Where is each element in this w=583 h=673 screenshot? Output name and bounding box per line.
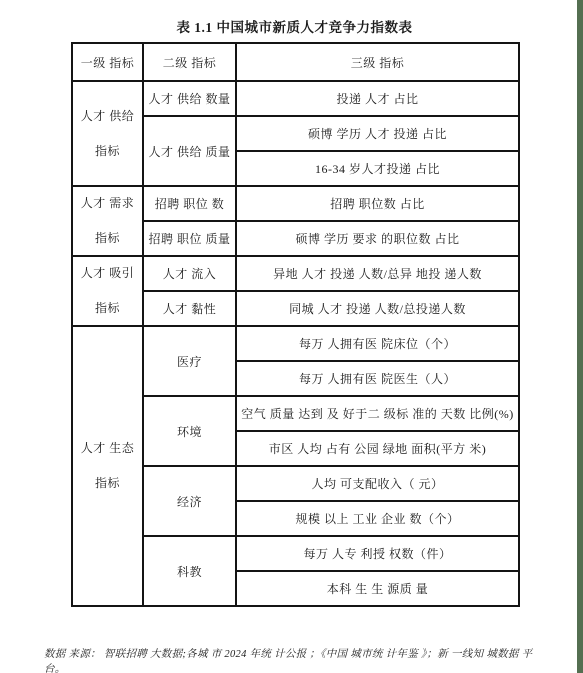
level3-indicator-cell: 规模 以上 工业 企业 数（个） bbox=[236, 501, 519, 536]
level2-indicator-cell: 医疗 bbox=[143, 326, 236, 396]
level3-indicator-cell: 16-34 岁人才投递 占比 bbox=[236, 151, 519, 186]
table-row: 人才 需求指标招聘 职位 数招聘 职位数 占比 bbox=[72, 186, 519, 221]
level3-indicator-cell: 本科 生 生 源质 量 bbox=[236, 571, 519, 606]
right-edge-strip bbox=[577, 0, 583, 673]
level2-indicator-cell: 人才 黏性 bbox=[143, 291, 236, 326]
level3-indicator-cell: 招聘 职位数 占比 bbox=[236, 186, 519, 221]
level2-indicator-cell: 人才 供给 质量 bbox=[143, 116, 236, 186]
level2-indicator-cell: 人才 供给 数量 bbox=[143, 81, 236, 116]
indicator-table: 一级 指标 二级 指标 三级 指标 人才 供给指标人才 供给 数量投递 人才 占… bbox=[71, 42, 520, 607]
level3-indicator-cell: 硕博 学历 要求 的职位数 占比 bbox=[236, 221, 519, 256]
level1-line2: 指标 bbox=[77, 475, 138, 492]
level1-line1: 人才 供给 bbox=[77, 108, 138, 125]
table-header-row: 一级 指标 二级 指标 三级 指标 bbox=[72, 43, 519, 81]
table-row: 人才 吸引指标人才 流入异地 人才 投递 人数/总异 地投 递人数 bbox=[72, 256, 519, 291]
level1-line1: 人才 需求 bbox=[77, 195, 138, 212]
level3-indicator-cell: 人均 可支配收入（ 元） bbox=[236, 466, 519, 501]
header-level1: 一级 指标 bbox=[72, 43, 143, 81]
page-title: 表 1.1 中国城市新质人才竞争力指数表 bbox=[71, 16, 518, 36]
level2-indicator-cell: 人才 流入 bbox=[143, 256, 236, 291]
level2-indicator-cell: 经济 bbox=[143, 466, 236, 536]
level1-line2: 指标 bbox=[77, 300, 138, 317]
table-row: 人才 供给指标人才 供给 数量投递 人才 占比 bbox=[72, 81, 519, 116]
level2-indicator-cell: 招聘 职位 数 bbox=[143, 186, 236, 221]
level1-indicator-cell: 人才 需求指标 bbox=[72, 186, 143, 256]
level3-indicator-cell: 空气 质量 达到 及 好于二 级标 准的 天数 比例(%) bbox=[236, 396, 519, 431]
level3-indicator-cell: 每万 人拥有医 院床位（个） bbox=[236, 326, 519, 361]
table-row: 人才 生态指标医疗每万 人拥有医 院床位（个） bbox=[72, 326, 519, 361]
level1-indicator-cell: 人才 供给指标 bbox=[72, 81, 143, 186]
level1-indicator-cell: 人才 吸引指标 bbox=[72, 256, 143, 326]
level3-indicator-cell: 投递 人才 占比 bbox=[236, 81, 519, 116]
header-level2: 二级 指标 bbox=[143, 43, 236, 81]
level3-indicator-cell: 硕博 学历 人才 投递 占比 bbox=[236, 116, 519, 151]
level2-indicator-cell: 招聘 职位 质量 bbox=[143, 221, 236, 256]
level3-indicator-cell: 同城 人才 投递 人数/总投递人数 bbox=[236, 291, 519, 326]
level1-line2: 指标 bbox=[77, 143, 138, 160]
level2-indicator-cell: 环境 bbox=[143, 396, 236, 466]
data-source-footnote: 数据 来源： 智联招聘 大数据;各城 市 2024 年统 计公报 ；《中国 城市… bbox=[44, 646, 544, 673]
level3-indicator-cell: 市区 人均 占有 公园 绿地 面积(平方 米) bbox=[236, 431, 519, 466]
level3-indicator-cell: 每万 人拥有医 院医生（人） bbox=[236, 361, 519, 396]
level1-line1: 人才 生态 bbox=[77, 440, 138, 457]
header-level3: 三级 指标 bbox=[236, 43, 519, 81]
level2-indicator-cell: 科教 bbox=[143, 536, 236, 606]
level1-line1: 人才 吸引 bbox=[77, 265, 138, 282]
level1-indicator-cell: 人才 生态指标 bbox=[72, 326, 143, 606]
level1-line2: 指标 bbox=[77, 230, 138, 247]
level3-indicator-cell: 异地 人才 投递 人数/总异 地投 递人数 bbox=[236, 256, 519, 291]
level3-indicator-cell: 每万 人专 利授 权数（件） bbox=[236, 536, 519, 571]
